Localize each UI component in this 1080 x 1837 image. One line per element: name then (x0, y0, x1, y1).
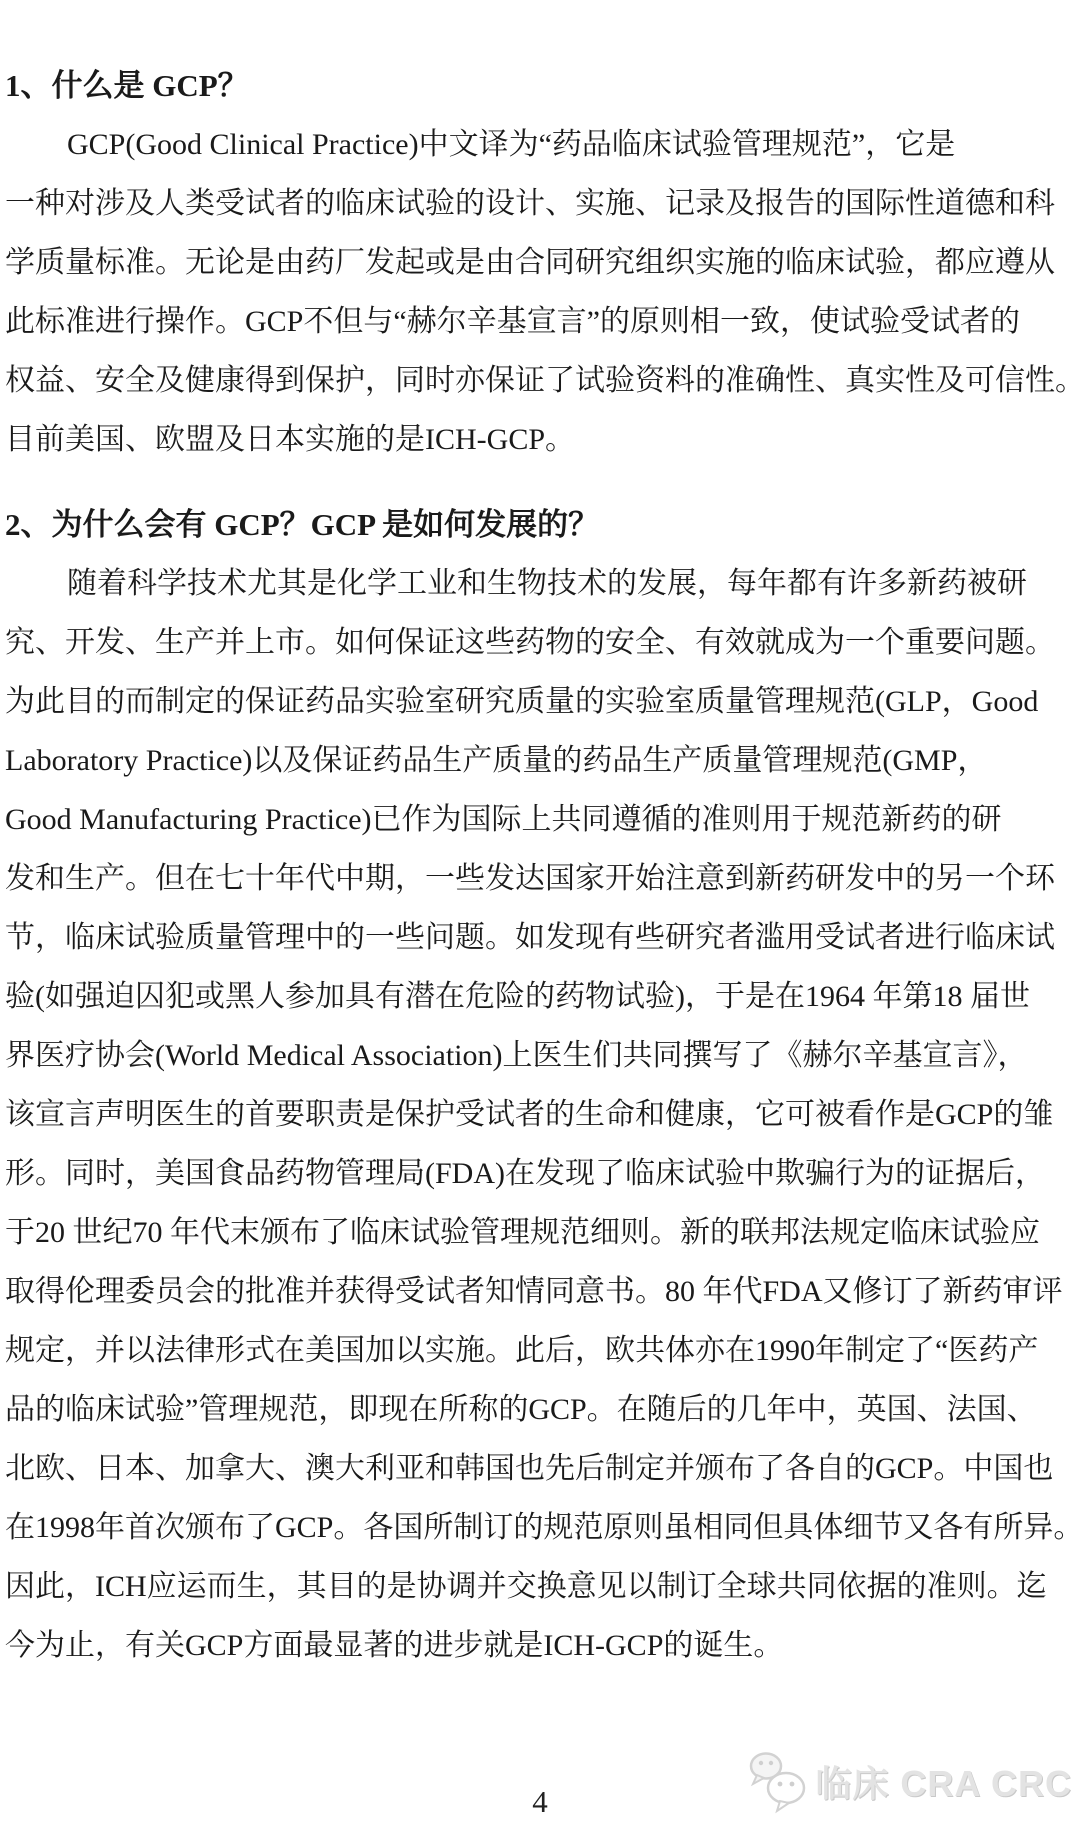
paragraph-line: 规定，并以法律形式在美国加以实施。此后，欧共体亦在1990年制定了“医药产 (5, 1321, 1075, 1380)
paragraph-line: 今为止，有关GCP方面最显著的进步就是ICH-GCP的诞生。 (5, 1616, 1075, 1675)
paragraph-line: 权益、安全及健康得到保护，同时亦保证了试验资料的准确性、真实性及可信性。 (5, 351, 1075, 410)
paragraph-line: 验(如强迫囚犯或黑人参加具有潜在危险的药物试验)，于是在1964 年第18 届世 (5, 967, 1075, 1026)
paragraph-line: 在1998年首次颁布了GCP。各国所制订的规范原则虽相同但具体细节又各有所异。 (5, 1498, 1075, 1557)
paragraph-line: 界医疗协会(World Medical Association)上医生们共同撰写… (5, 1026, 1075, 1085)
paragraph-line: 北欧、日本、加拿大、澳大利亚和韩国也先后制定并颁布了各自的GCP。中国也 (5, 1439, 1075, 1498)
paragraph-line: Good Manufacturing Practice)已作为国际上共同遵循的准… (5, 790, 1075, 849)
paragraph-line: 于20 世纪70 年代末颁布了临床试验管理规范细则。新的联邦法规定临床试验应 (5, 1203, 1075, 1262)
paragraph-line: 随着科学技术尤其是化学工业和生物技术的发展，每年都有许多新药被研 (5, 554, 1075, 613)
paragraph-line: 为此目的而制定的保证药品实验室研究质量的实验室质量管理规范(GLP，Good (5, 672, 1075, 731)
page-number: 4 (0, 1784, 1080, 1820)
section-heading: 1、什么是 GCP？ (5, 56, 1075, 115)
paragraph-line: GCP(Good Clinical Practice)中文译为“药品临床试验管理… (5, 115, 1075, 174)
paragraph-line: 学质量标准。无论是由药厂发起或是由合同研究组织实施的临床试验，都应遵从 (5, 233, 1075, 292)
paragraph-line: 因此，ICH应运而生，其目的是协调并交换意见以制订全球共同依据的准则。迄 (5, 1557, 1075, 1616)
paragraph-line: 究、开发、生产并上市。如何保证这些药物的安全、有效就成为一个重要问题。 (5, 613, 1075, 672)
paragraph-line: 该宣言声明医生的首要职责是保护受试者的生命和健康，它可被看作是GCP的雏 (5, 1085, 1075, 1144)
paragraph-line: 发和生产。但在七十年代中期，一些发达国家开始注意到新药研发中的另一个环 (5, 849, 1075, 908)
paragraph-line: 取得伦理委员会的批准并获得受试者知情同意书。80 年代FDA又修订了新药审评 (5, 1262, 1075, 1321)
paragraph-line: Laboratory Practice)以及保证药品生产质量的药品生产质量管理规… (5, 731, 1075, 790)
paragraph: GCP(Good Clinical Practice)中文译为“药品临床试验管理… (5, 115, 1075, 469)
paragraph-line: 品的临床试验”管理规范，即现在所称的GCP。在随后的几年中，英国、法国、 (5, 1380, 1075, 1439)
paragraph-line: 节，临床试验质量管理中的一些问题。如发现有些研究者滥用受试者进行临床试 (5, 908, 1075, 967)
paragraph-line: 目前美国、欧盟及日本实施的是ICH-GCP。 (5, 410, 1075, 469)
paragraph-line: 形。同时，美国食品药物管理局(FDA)在发现了临床试验中欺骗行为的证据后， (5, 1144, 1075, 1203)
document-page: 1、什么是 GCP？GCP(Good Clinical Practice)中文译… (0, 0, 1080, 1837)
paragraph-line: 此标准进行操作。GCP不但与“赫尔辛基宣言”的原则相一致，使试验受试者的 (5, 292, 1075, 351)
document-body: 1、什么是 GCP？GCP(Good Clinical Practice)中文译… (0, 0, 1080, 1675)
section-heading: 2、为什么会有 GCP？GCP 是如何发展的？ (5, 495, 1075, 554)
paragraph-line: 一种对涉及人类受试者的临床试验的设计、实施、记录及报告的国际性道德和科 (5, 174, 1075, 233)
paragraph: 随着科学技术尤其是化学工业和生物技术的发展，每年都有许多新药被研究、开发、生产并… (5, 554, 1075, 1675)
